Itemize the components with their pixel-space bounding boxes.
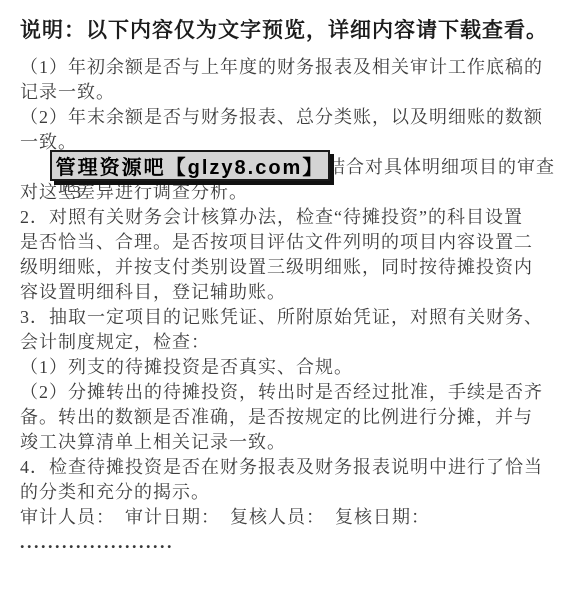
text-line: （1）年初余额是否与上年度的财务报表及相关审计工作底稿的 — [20, 55, 568, 80]
text-line: 容设置明细科目，登记辅助账。 — [20, 280, 568, 305]
signature-line: 审计人员： 审计日期： 复核人员： 复核日期： — [20, 505, 568, 530]
text-line: 竣工决算清单上相关记录一致。 — [20, 430, 568, 455]
document-preview-page: 说明：以下内容仅为文字预览，详细内容请下载查看。 （1）年初余额是否与上年度的财… — [0, 0, 578, 600]
text-line: （2）分摊转出的待摊投资，转出时是否经过批准，手续是否齐 — [20, 380, 568, 405]
text-line: 级明细账，并按支付类别设置三级明细账，同时按待摊投资内 — [20, 255, 568, 280]
document-body: （1）年初余额是否与上年度的财务报表及相关审计工作底稿的 记录一致。 （2）年末… — [20, 55, 568, 555]
text-line: （2）年末余额是否与财务报表、总分类账，以及明细账的数额 — [20, 105, 568, 130]
text-line: 对这些差异进行调查分析。 — [20, 180, 568, 205]
text-line: 2．对照有关财务会计核算办法，检查“待摊投资”的科目设置 — [20, 205, 568, 230]
watermark-text: 管理资源吧【glzy8.com】 — [56, 151, 325, 180]
text-line: 3．抽取一定项目的记账凭证、所附原始凭证，对照有关财务、 — [20, 305, 568, 330]
text-line: 是否恰当、合理。是否按项目评估文件列明的项目内容设置二 — [20, 230, 568, 255]
text-line: 记录一致。 — [20, 80, 568, 105]
text-line: 4．检查待摊投资是否在财务报表及财务报表说明中进行了恰当 — [20, 455, 568, 480]
text-line: （1）列支的待摊投资是否真实、合规。 — [20, 355, 568, 380]
ellipsis-line: ...................... — [20, 530, 568, 555]
text-line: 备。转出的数额是否准确，是否按规定的比例进行分摊，并与 — [20, 405, 568, 430]
watermark-stamp: 管理资源吧【glzy8.com】 — [50, 150, 330, 181]
text-after-watermark: 结合对具体明细项目的审查 — [327, 155, 555, 180]
preview-notice-title: 说明：以下内容仅为文字预览，详细内容请下载查看。 — [20, 14, 548, 44]
text-line: 的分类和充分的揭示。 — [20, 480, 568, 505]
text-line: 会计制度规定，检查： — [20, 330, 568, 355]
